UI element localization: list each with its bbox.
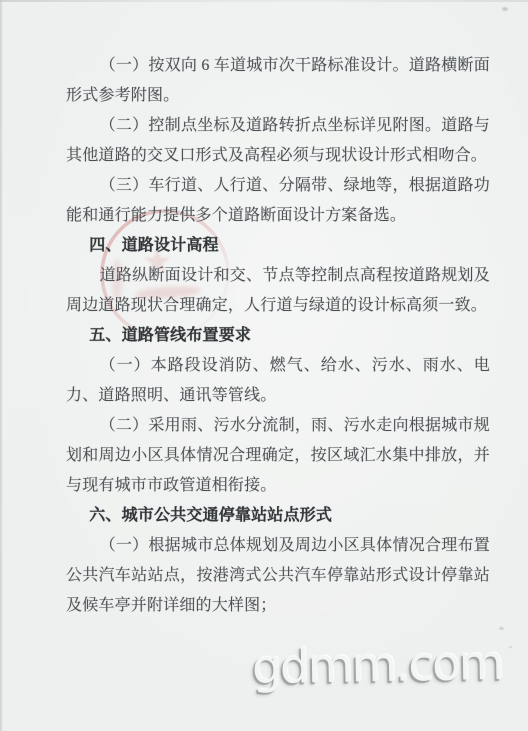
body-paragraph: （一）按双向 6 车道城市次干路标准设计。道路横断面形式参考附图。: [66, 51, 490, 111]
section-heading: 五、道路管线布置要求: [66, 321, 490, 351]
scan-speck: [499, 627, 504, 630]
body-paragraph: （一）根据城市总体规划及周边小区具体情况合理布置公共汽车站站点，按港湾式公共汽车…: [66, 531, 490, 621]
watermark-text: gdmm.com: [252, 636, 513, 696]
scanned-page-background: { "doc": { "blocks": [ { "type": "para",…: [0, 0, 528, 731]
body-paragraph: （二）采用雨、污水分流制，雨、污水走向根据城市规划和周边小区具体情况合理确定，按…: [66, 411, 490, 501]
body-paragraph: （三）车行道、人行道、分隔带、绿地等，根据道路功能和通行能力提供多个道路断面设计…: [66, 171, 490, 231]
body-paragraph: （二）控制点坐标及道路转折点坐标详见附图。道路与其他道路的交叉口形式及高程必须与…: [66, 111, 490, 171]
section-heading: 四、道路设计高程: [66, 231, 490, 261]
body-paragraph: 道路纵断面设计和交、节点等控制点高程按道路规划及周边道路现状合理确定，人行道与绿…: [66, 261, 490, 321]
document-body: （一）按双向 6 车道城市次干路标准设计。道路横断面形式参考附图。（二）控制点坐…: [66, 51, 490, 621]
scan-top-edge: [0, 0, 528, 2]
scan-left-edge: [0, 0, 3, 731]
body-paragraph: （一）本路段设消防、燃气、给水、污水、雨水、电力、道路照明、通讯等管线。: [66, 351, 490, 411]
scan-speck: [509, 646, 512, 648]
scan-speck: [502, 7, 508, 11]
section-heading: 六、城市公共交通停靠站站点形式: [66, 501, 490, 531]
